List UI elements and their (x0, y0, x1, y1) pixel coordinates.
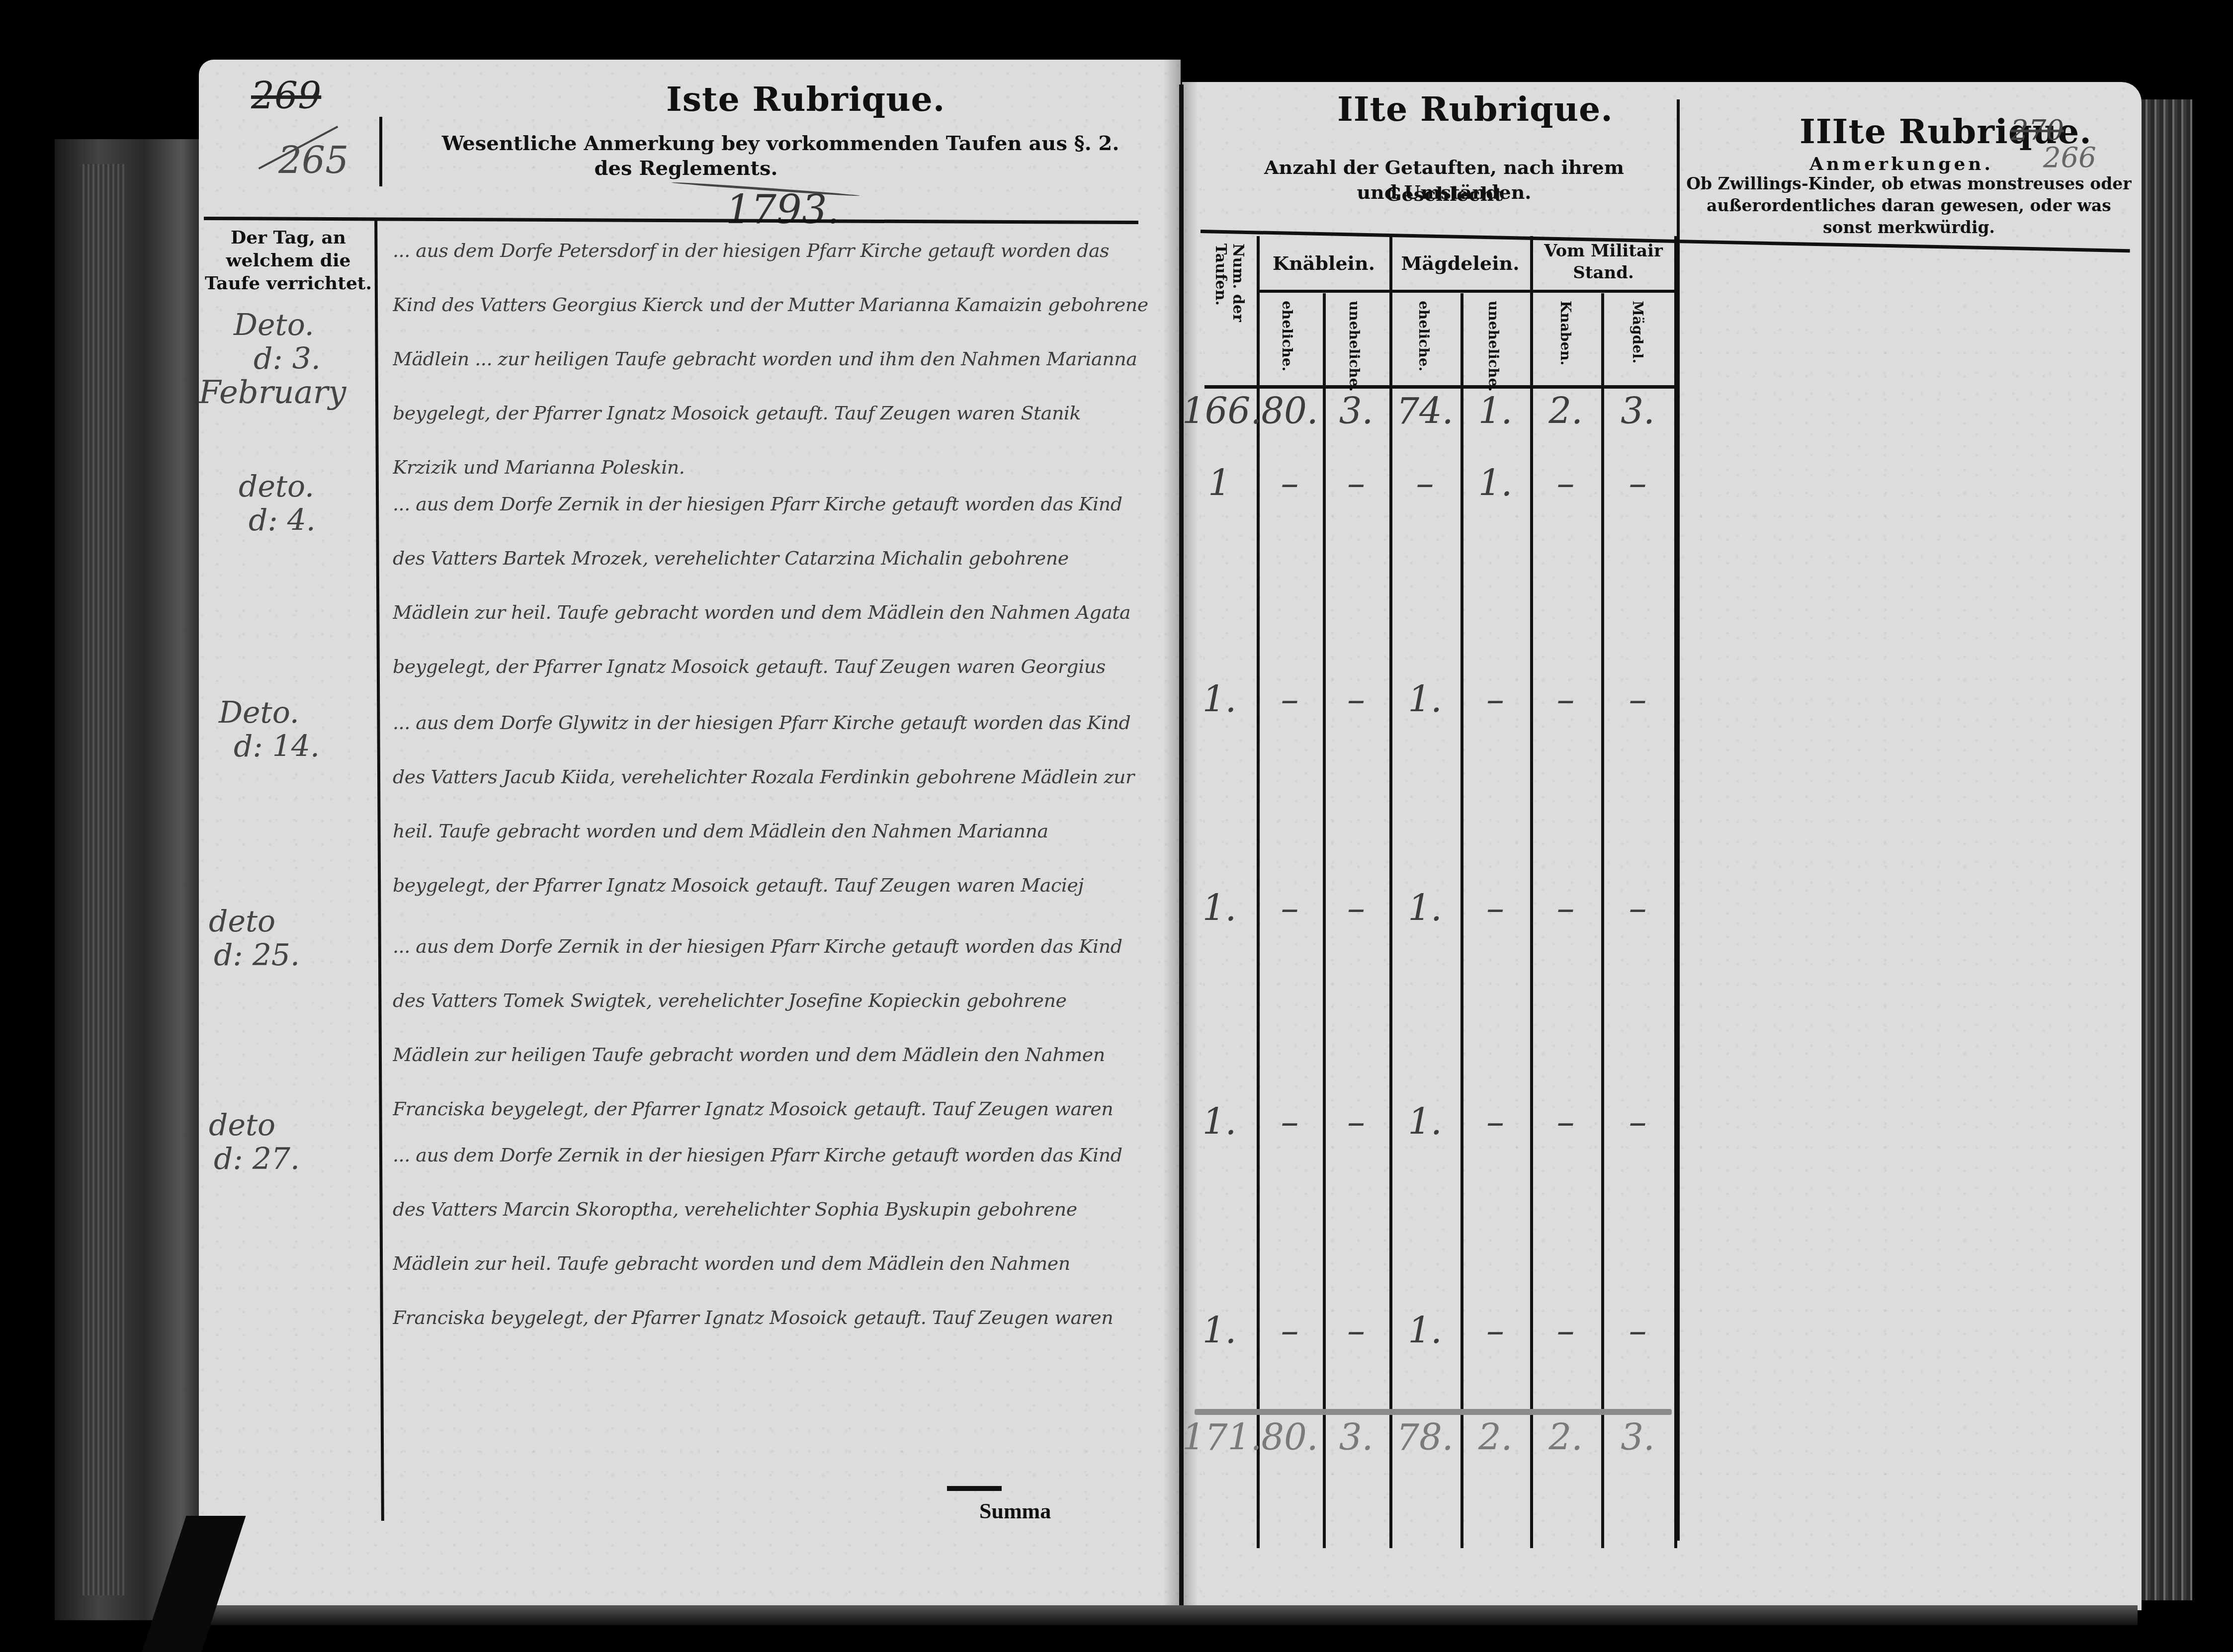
cell-boys-legit: – (1257, 1310, 1323, 1351)
baptism-entry-5: ... aus dem Dorfe Zernik in der hiesigen… (393, 1128, 1148, 1362)
rubric-3-text-line3: sonst merkwürdig. (1683, 217, 2135, 239)
date-1-line2: d: 3. (234, 342, 346, 376)
rubric-1-subtitle-line1: Wesentliche Anmerkung bey vorkommenden T… (437, 130, 1123, 157)
col-header-num-taufen: Num. der Taufen. (1212, 244, 1247, 383)
totals-rule (1195, 1409, 1672, 1415)
rubric-3-text-line2: außerordentliches daran gewesen, oder wa… (1683, 195, 2135, 217)
book-spine-pages-left (80, 164, 124, 1595)
cell-boys-illegit: – (1323, 1310, 1389, 1351)
cell-military-girls: – (1601, 678, 1674, 720)
cell-girls-legit: 1. (1389, 1310, 1460, 1351)
cell-boys-legit: – (1257, 678, 1323, 720)
cell-military-boys: – (1530, 462, 1601, 504)
statistics-table: Num. der Taufen. Knäblein. Mägdelein. Vo… (1182, 231, 1679, 1573)
rubric-1-subtitle-line2: des Reglements. (437, 155, 935, 182)
cell-girls-legit: – (1389, 462, 1460, 504)
cell-girls-illegit: 1. (1460, 390, 1530, 432)
cell-num: 1. (1182, 678, 1257, 720)
cell-num: 1. (1182, 1101, 1257, 1143)
total-boys-illegit: 3. (1323, 1416, 1389, 1458)
date-1-month: February (199, 376, 346, 410)
cell-boys-illegit: – (1323, 1101, 1389, 1143)
total-military-girls: 3. (1601, 1416, 1674, 1458)
date-entry-4: deto d: 25. (209, 905, 300, 972)
date-entry-5: deto d: 27. (209, 1108, 300, 1176)
cell-military-boys: – (1530, 887, 1601, 929)
header-divider-left (379, 117, 382, 186)
subheader-magdelein-uneheliche: uneheliche. (1485, 301, 1502, 383)
cell-military-boys: – (1530, 678, 1601, 720)
total-girls-legit: 78. (1389, 1416, 1460, 1458)
cell-girls-illegit: – (1460, 678, 1530, 720)
summa-rule (947, 1486, 1002, 1491)
subheader-militair-knaben: Knaben. (1557, 301, 1574, 383)
date-4-line2: d: 25. (209, 938, 300, 972)
date-5-line1: deto (209, 1108, 300, 1142)
cell-military-girls: 3. (1601, 390, 1674, 432)
cell-military-boys: – (1530, 1101, 1601, 1143)
cell-military-girls: – (1601, 1101, 1674, 1143)
cell-boys-illegit: – (1323, 887, 1389, 929)
cell-num: 1. (1182, 887, 1257, 929)
cell-boys-illegit: – (1323, 462, 1389, 504)
total-num: 171. (1182, 1416, 1257, 1458)
cell-girls-legit: 74. (1389, 390, 1460, 432)
subheader-magdelein-eheliche: eheliche. (1416, 301, 1432, 383)
cell-girls-illegit: – (1460, 887, 1530, 929)
date-4-line1: deto (209, 905, 300, 938)
cell-military-girls: – (1601, 887, 1674, 929)
group-header-militair: Vom Militair Stand. (1533, 240, 1674, 284)
baptism-entry-1: ... aus dem Dorfe Petersdorf in der hies… (393, 224, 1148, 477)
group-header-magdelein: Mägdelein. (1392, 251, 1529, 276)
date-2-line1: deto. (239, 470, 316, 503)
date-entry-3: Deto. d: 14. (219, 696, 320, 763)
cell-boys-legit: – (1257, 1101, 1323, 1143)
cell-boys-legit: 80. (1257, 390, 1323, 432)
total-military-boys: 2. (1530, 1416, 1601, 1458)
total-girls-illegit: 2. (1460, 1416, 1530, 1458)
cell-girls-illegit: – (1460, 1101, 1530, 1143)
book-binding-left (55, 139, 204, 1620)
group-header-knablein: Knäblein. (1259, 251, 1388, 276)
cell-girls-legit: 1. (1389, 1101, 1460, 1143)
cell-boys-legit: – (1257, 462, 1323, 504)
subheader-knablein-eheliche: eheliche. (1279, 301, 1295, 383)
cell-military-boys: – (1530, 1310, 1601, 1351)
cell-military-girls: – (1601, 1310, 1674, 1351)
date-entry-1: Deto. d: 3. February (234, 308, 346, 410)
date-column-header: Der Tag, an welchem die Taufe verrichtet… (204, 226, 373, 295)
cell-num: 166. (1182, 390, 1257, 432)
rubric-2-title: IIte Rubrique. (1337, 89, 1613, 129)
page-number-left: 265 (278, 139, 348, 182)
subheader-knablein-uneheliche: uneheliche. (1346, 301, 1363, 383)
cell-girls-legit: 1. (1389, 887, 1460, 929)
cell-num: 1 (1182, 462, 1257, 504)
rubric-1-title: Iste Rubrique. (666, 80, 945, 119)
gutter-rule (1179, 84, 1184, 1605)
cell-military-girls: – (1601, 462, 1674, 504)
group-header-rule (1257, 290, 1677, 293)
page-number-struck-left: 269 (251, 75, 321, 117)
cell-boys-illegit: 3. (1323, 390, 1389, 432)
date-2-line2: d: 4. (239, 503, 316, 537)
cell-num: 1. (1182, 1310, 1257, 1351)
cell-girls-illegit: – (1460, 1310, 1530, 1351)
book-bottom-edge (199, 1605, 2138, 1625)
cell-boys-illegit: – (1323, 678, 1389, 720)
cell-boys-legit: – (1257, 887, 1323, 929)
date-5-line2: d: 27. (209, 1142, 300, 1176)
date-1-line1: Deto. (234, 308, 346, 342)
col-line-7 (1674, 236, 1677, 1548)
date-entry-2: deto. d: 4. (239, 470, 316, 537)
date-3-line1: Deto. (219, 696, 320, 730)
summa-label: Summa (979, 1498, 1051, 1524)
baptism-entry-4: ... aus dem Dorfe Zernik in der hiesigen… (393, 919, 1148, 1128)
subheader-rule (1204, 385, 1677, 389)
total-boys-legit: 80. (1257, 1416, 1323, 1458)
rubric-3-text-line1: Ob Zwillings-Kinder, ob etwas monstreuse… (1683, 173, 2135, 195)
date-3-line2: d: 14. (219, 730, 320, 763)
rubric-2-subtitle-line2: und Umständen. (1208, 179, 1680, 206)
cell-military-boys: 2. (1530, 390, 1601, 432)
cell-girls-legit: 1. (1389, 678, 1460, 720)
baptism-entry-3: ... aus dem Dorfe Glywitz in der hiesige… (393, 696, 1148, 919)
cell-girls-illegit: 1. (1460, 462, 1530, 504)
baptism-entry-2: ... aus dem Dorfe Zernik in der hiesigen… (393, 477, 1148, 696)
book-pages-edge-right (2133, 99, 2192, 1600)
subheader-militair-magdel: Mägdel. (1630, 301, 1646, 383)
